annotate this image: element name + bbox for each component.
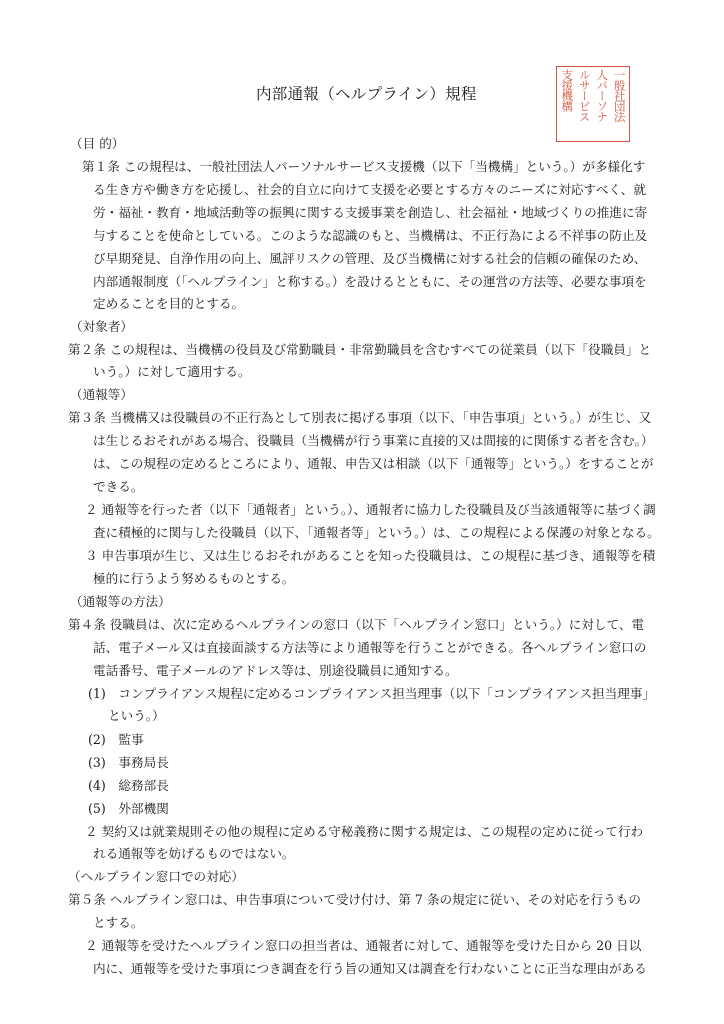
- continuation-line: る生き方や働き方を応援し、社会的自立に向けて支援を必要とする方々のニーズに対応す…: [93, 182, 646, 198]
- section-heading: （目 的）: [70, 136, 124, 152]
- continuation-line: 与することを使命としている。このような認識のもと、当機構は、不正行為による不祥事…: [93, 228, 647, 244]
- continuation-line: できる。: [93, 479, 143, 495]
- paragraph-line: ２ 通報等を行った者（以下「通報者」という。）、通報者に協力した役職員及び当該通…: [85, 502, 656, 518]
- paragraph-line: ２ 契約又は就業規則その他の規程に定める守秘義務に関する規定は、この規程の定めに…: [85, 824, 643, 840]
- continuation-line: 極的に行うよう努めるものとする。: [93, 571, 295, 587]
- section-heading: （通報等）: [70, 387, 133, 403]
- section-heading: （ヘルプライン窓口での対応）: [68, 869, 244, 885]
- continuation-line: 査に積極的に関与した役職員（以下、「通報者等」という。）は、この規程による保護の…: [93, 525, 660, 541]
- continuation-line: 内部通報制度（「ヘルプライン」と称する。）を設けるとともに、その運営の方法等、必…: [93, 274, 647, 290]
- continuation-line: び早期発見、自浄作用の向上、風評リスクの管理、及び当機構に対する社会的信頼の確保…: [93, 251, 646, 267]
- list-item: (2) 監事: [88, 732, 144, 748]
- section-heading: （通報等の方法）: [70, 594, 171, 610]
- continuation-line: 電話番号、電子メールのアドレス等は、別途役職員に通知する。: [93, 663, 458, 679]
- continuation-line: いう。）に対して適用する。: [93, 364, 250, 380]
- continuation-line: とする。: [93, 915, 143, 931]
- seal-column-3: ルサービス: [578, 69, 591, 139]
- seal-column-4: 支援機構: [560, 69, 573, 139]
- article-line: 第４条 役職員は、次に定めるヘルプラインの窓口（以下「ヘルプライン窓口」という。…: [68, 617, 644, 633]
- list-item: (3) 事務局長: [88, 755, 169, 771]
- continuation-line: 内に、通報等を受けた事項につき調査を行う旨の通知又は調査を行わないことに正当な理…: [93, 961, 647, 977]
- continuation-line: 話、電子メール又は直接面談する方法等により通報等を行うことができる。各ヘルプライ…: [93, 640, 647, 656]
- seal-column-1: 一般社団法: [613, 69, 626, 139]
- list-item: (1) コンプライアンス規程に定めるコンプライアンス担当理事（以下「コンプライア…: [88, 686, 655, 702]
- document-page: 内部通報（ヘルプライン）規程 一般社団法 人パーソナ ルサービス 支援機構 （目…: [0, 0, 724, 1024]
- seal-column-2: 人パーソナ: [595, 69, 608, 139]
- article-line: 第５条 ヘルプライン窓口は、申告事項について受け付け、第 7 条の規定に従い、そ…: [68, 892, 641, 908]
- document-title: 内部通報（ヘルプライン）規程: [256, 82, 477, 104]
- continuation-line: 定めることを目的とする。: [93, 296, 244, 312]
- article-line: 第２条 この規程は、当機構の役員及び常勤職員・非常勤職員を含むすべての従業員（以…: [68, 342, 651, 358]
- section-heading: （対象者）: [70, 319, 133, 335]
- continuation-line: という。）: [108, 708, 165, 724]
- article-line: 第１条 この規程は、一般社団法人パーソナルサービス支援機（以下「当機構」という。…: [82, 159, 645, 175]
- continuation-line: れる通報等を妨げるものではない。: [93, 846, 295, 862]
- list-item: (4) 総務部長: [88, 778, 169, 794]
- organization-seal: 一般社団法 人パーソナ ルサービス 支援機構: [556, 66, 630, 142]
- continuation-line: は生じるおそれがある場合、役職員（当機構が行う事業に直接的又は間接的に関係する者…: [93, 433, 653, 449]
- continuation-line: 労・福祉・教育・地域活動等の振興に関する支援事業を創造し、社会福祉・地域づくりの…: [93, 205, 647, 221]
- article-line: 第３条 当機構又は役職員の不正行為として別表に掲げる事項（以下、「申告事項」とい…: [68, 410, 651, 426]
- paragraph-line: ３ 申告事項が生じ、又は生じるおそれがあることを知った役職員は、この規程に基づき…: [85, 548, 655, 564]
- paragraph-line: ２ 通報等を受けたヘルプライン窓口の担当者は、通報者に対して、通報等を受けた日か…: [85, 938, 641, 954]
- list-item: (5) 外部機関: [88, 801, 169, 817]
- continuation-line: は、この規程の定めるところにより、通報、申告又は相談（以下「通報等」という。）を…: [93, 456, 653, 472]
